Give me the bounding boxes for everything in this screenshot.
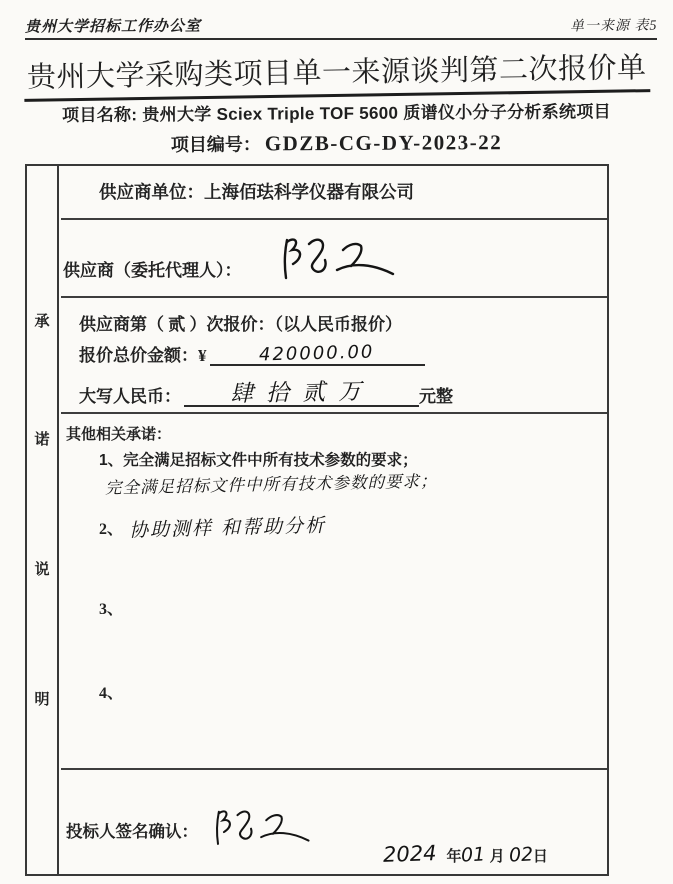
- side-column-char: 诺: [27, 428, 57, 449]
- supplier-unit-name: 上海佰珐科学仪器有限公司: [204, 182, 414, 202]
- commitment-item-1-no: 1、: [99, 452, 123, 469]
- amount-underline: 420000.00: [210, 343, 425, 366]
- side-column-char: 明: [27, 688, 57, 709]
- date-day-label: 日: [533, 849, 548, 865]
- commitments-heading: 其他相关承诺：: [66, 423, 171, 444]
- commitment-item-1-handwritten: 完全满足招标文件中所有技术参数的要求；: [105, 471, 438, 495]
- amount-handwritten: 420000.00: [259, 341, 375, 365]
- project-name-line: 项目名称: 贵州大学 Sciex Triple TOF 5600 质谱仪小分子分…: [0, 97, 673, 127]
- words-underline: 肆拾贰万: [184, 372, 419, 407]
- row-quotation: 供应商第（ 贰 ）次报价：（以人民币报价） 报价总价金额：¥420000.00 …: [61, 296, 607, 412]
- words-label: 大写人民币：: [79, 387, 181, 406]
- signoff-label: 投标人签名确认：: [66, 818, 198, 842]
- page-header: 贵州大学招标工作办公室 单一来源 表5: [25, 13, 657, 40]
- commitment-item-2: 2、协助测样 和帮助分析: [99, 513, 326, 540]
- project-number-value: GDZB-CG-DY-2023-22: [265, 130, 503, 155]
- date-month-label: 月: [490, 849, 505, 865]
- amount-label: 报价总价金额：: [79, 346, 198, 365]
- supplier-agent-label: 供应商（委托代理人）：: [63, 256, 242, 281]
- project-number-line: 项目编号： GDZB-CG-DY-2023-22: [0, 128, 673, 158]
- scanned-quotation-form: 贵州大学招标工作办公室 单一来源 表5 贵州大学采购类项目单一来源谈判第二次报价…: [0, 0, 673, 884]
- supplier-unit-label: 供应商单位：: [99, 182, 204, 202]
- title-wrap: 贵州大学采购类项目单一来源谈判第二次报价单: [0, 50, 673, 97]
- handwritten-signature: [273, 228, 403, 288]
- row-supplier-unit: 供应商单位：上海佰珐科学仪器有限公司: [61, 166, 607, 218]
- quotation-round-line: 供应商第（ 贰 ）次报价：（以人民币报价）: [79, 310, 402, 335]
- side-column-char: 说: [27, 558, 57, 579]
- commitment-item-1: 1、完全满足招标文件中所有技术参数的要求；: [99, 448, 418, 470]
- words-suffix: 元整: [419, 387, 453, 406]
- row-commitments: 其他相关承诺： 1、完全满足招标文件中所有技术参数的要求； 完全满足招标文件中所…: [61, 412, 607, 768]
- commitment-item-2-handwritten: 协助测样 和帮助分析: [129, 510, 327, 542]
- date-year-handwritten: 2024: [383, 841, 437, 867]
- side-column-char: 承: [27, 310, 57, 331]
- project-number-label: 项目编号：: [171, 134, 261, 154]
- side-column-commitment: 承 诺 说 明: [27, 166, 59, 874]
- commitment-item-2-no: 2、: [99, 521, 123, 538]
- signoff-date-line: 2024年01 月 02日: [383, 842, 548, 866]
- handwritten-signature: [207, 800, 317, 854]
- currency-symbol: ¥: [198, 346, 207, 365]
- form-table-content: 供应商单位：上海佰珐科学仪器有限公司 供应商（委托代理人）：: [61, 166, 607, 874]
- commitment-item-3-no: 3、: [99, 596, 123, 619]
- header-office-name: 贵州大学招标工作办公室: [25, 15, 201, 39]
- date-year-label: 年: [446, 849, 461, 865]
- project-name-label: 项目名称:: [62, 105, 137, 125]
- row-signoff: 投标人签名确认： 2024年01 月 02日: [61, 768, 607, 878]
- form-table: 承 诺 说 明 供应商单位：上海佰珐科学仪器有限公司 供应商（委托代理人）：: [25, 164, 609, 876]
- date-month-handwritten: 01: [461, 843, 486, 866]
- signature-scribble-icon: [273, 228, 403, 288]
- project-name-value: 贵州大学 Sciex Triple TOF 5600 质谱仪小分子分析系统项目: [142, 102, 611, 124]
- row-supplier-agent: 供应商（委托代理人）：: [61, 218, 607, 296]
- date-day-handwritten: 02: [508, 843, 533, 866]
- words-handwritten: 肆拾贰万: [229, 373, 374, 409]
- signature-scribble-icon: [207, 800, 317, 854]
- document-title: 贵州大学采购类项目单一来源谈判第二次报价单: [23, 45, 649, 102]
- commitment-item-4-no: 4、: [99, 680, 123, 703]
- header-form-tag: 单一来源 表5: [569, 15, 657, 39]
- commitment-item-1-text: 完全满足招标文件中所有技术参数的要求；: [123, 452, 418, 469]
